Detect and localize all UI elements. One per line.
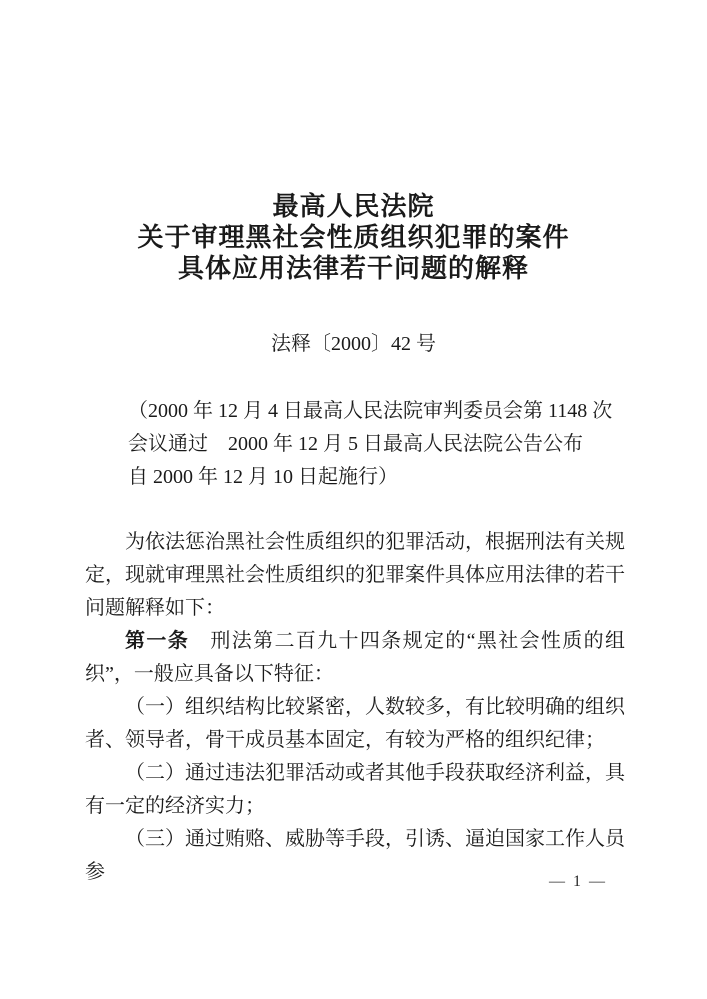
paragraph: （二）通过违法犯罪活动或者其他手段获取经济利益，具有一定的经济实力； bbox=[85, 757, 625, 823]
paragraph: （一）组织结构比较紧密，人数较多，有比较明确的组织者、领导者，骨干成员基本固定，… bbox=[85, 691, 625, 757]
promulgation-note-line-3: 自 2000 年 12 月 10 日起施行） bbox=[128, 461, 633, 494]
document-body: 为依法惩治黑社会性质组织的犯罪活动，根据刑法有关规定，现就审理黑社会性质组织的犯… bbox=[85, 526, 625, 889]
promulgation-note: （2000 年 12 月 4 日最高人民法院审判委员会第 1148 次 会议通过… bbox=[128, 395, 633, 494]
promulgation-note-line-2: 会议通过 2000 年 12 月 5 日最高人民法院公告公布 bbox=[128, 428, 633, 461]
document-number: 法释〔2000〕42 号 bbox=[0, 328, 707, 361]
paragraph: 第一条 刑法第二百九十四条规定的“黑社会性质的组织”，一般应具备以下特征： bbox=[85, 625, 625, 691]
paragraph-text: （一）组织结构比较紧密，人数较多，有比较明确的组织者、领导者，骨干成员基本固定，… bbox=[85, 696, 625, 751]
document-title: 最高人民法院 关于审理黑社会性质组织犯罪的案件 具体应用法律若干问题的解释 bbox=[0, 191, 707, 284]
document-title-line-2: 关于审理黑社会性质组织犯罪的案件 bbox=[0, 222, 707, 253]
paragraph: 为依法惩治黑社会性质组织的犯罪活动，根据刑法有关规定，现就审理黑社会性质组织的犯… bbox=[85, 526, 625, 625]
document-title-line-3: 具体应用法律若干问题的解释 bbox=[0, 253, 707, 284]
paragraph-text: （二）通过违法犯罪活动或者其他手段获取经济利益，具有一定的经济实力； bbox=[85, 762, 625, 817]
article-label: 第一条 bbox=[125, 630, 189, 652]
document-page: 最高人民法院 关于审理黑社会性质组织犯罪的案件 具体应用法律若干问题的解释 法释… bbox=[0, 0, 707, 999]
paragraph-text: 为依法惩治黑社会性质组织的犯罪活动，根据刑法有关规定，现就审理黑社会性质组织的犯… bbox=[85, 531, 625, 619]
page-number: — 1 — bbox=[549, 871, 607, 893]
paragraph-text: （三）通过贿赂、威胁等手段，引诱、逼迫国家工作人员参 bbox=[85, 828, 625, 883]
paragraph: （三）通过贿赂、威胁等手段，引诱、逼迫国家工作人员参 bbox=[85, 823, 625, 889]
document-title-line-1: 最高人民法院 bbox=[0, 191, 707, 222]
promulgation-note-line-1: （2000 年 12 月 4 日最高人民法院审判委员会第 1148 次 bbox=[128, 395, 633, 428]
